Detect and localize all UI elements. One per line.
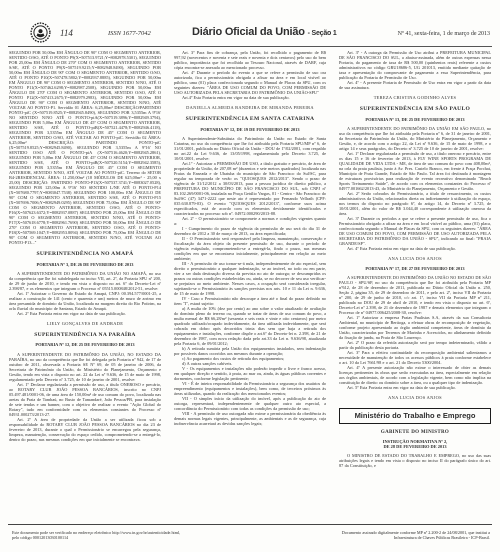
- paragraph: II - O Permissionário será responsável p…: [174, 236, 326, 261]
- paragraph: Art. 4º Durante o período do evento a qu…: [174, 70, 326, 95]
- paragraph: V - Os equipamentos e instalações não po…: [174, 366, 326, 381]
- paragraph: Art. 4º - A presente Portaria de Permiss…: [339, 80, 491, 90]
- paragraph: Art. 1º Autorizar a empresa Praias Pauli…: [339, 315, 491, 340]
- paragraph: VIII - A permissão de uso outorgada não …: [174, 411, 326, 426]
- portaria-title: PORTARIA Nº 13, DE 25 DE FEVEREIRO DE 20…: [343, 117, 487, 122]
- paragraph: Art.1º - Autorizar a PERMISSÃO DE USO, a…: [174, 161, 326, 216]
- section-heading: SUPERINTENDÊNCIA NO AMAPÁ: [9, 251, 161, 258]
- edition-date: Nº 41, sexta-feira, 1 de março de 2013: [398, 31, 490, 37]
- paragraph: IV - Caso o Permissionário não desocupe …: [174, 296, 326, 306]
- gazette-section-label: - Seção 1: [308, 30, 337, 37]
- paragraph: a) A multa de 10% (dez por cento) ao ano…: [174, 306, 326, 346]
- signature: LIELY GONÇALVES DE ANDRADE: [17, 321, 153, 326]
- office-heading: GABINETE DO MINISTRO: [339, 430, 491, 436]
- paragraph: Art. 2º - O permissionário se compromete…: [174, 216, 326, 226]
- paragraph: Art. 5º Esta Portaria entra em vigor na …: [339, 385, 491, 390]
- paragraph: Art. 3º Para a efetiva continuidade da r…: [339, 350, 491, 365]
- gazette-title: Diário Oficial da União - Seção 1: [192, 26, 337, 38]
- masthead: 114 ISSN 1677-7042 Diário Oficial da Uni…: [8, 22, 492, 44]
- header-rule: [8, 46, 492, 47]
- portaria-title: PORTARIA Nº 17, DE 27 DE FEVEREIRO DE 20…: [343, 266, 487, 271]
- signature: ANA LUCIA DOS ANJOS: [347, 256, 483, 261]
- verification-note: Este documento pode ser verificado no en…: [12, 530, 180, 540]
- article-columns: SEGUINDO POR 50,00m EM ÂNGULO DE 90º COM…: [9, 50, 491, 526]
- gazette-title-text: Diário Oficial da União: [192, 26, 305, 38]
- page-number: 114: [60, 28, 73, 38]
- signature: DANIELLA ALMEIDA BANDEIRA DE MIRANDA PER…: [182, 105, 318, 110]
- digital-signature-note: Documento assinado digitalmente conforme…: [342, 530, 490, 540]
- section-heading: SUPERINTENDÊNCIA EM SÃO PAULO: [339, 106, 491, 113]
- paragraph: A SUPERINTENDENTE DO PATRIMÔNIO DA UNIÃO…: [339, 126, 491, 151]
- signature: ANA LUCIA DOS ANJOS: [347, 395, 483, 400]
- paragraph: Art. 1º Declarar regularizada a permissã…: [339, 151, 491, 191]
- column-left: SEGUINDO POR 50,00m EM ÂNGULO DE 90º COM…: [9, 50, 161, 526]
- issn-label: ISSN 1677-7042: [108, 30, 151, 37]
- paragraph: Art. 1º Autorizar o Governo do Estado do…: [9, 291, 161, 311]
- ministry-banner: Ministério do Trabalho e Emprego: [339, 408, 491, 424]
- paragraph: Art. 3º Durante os períodos a que se ref…: [339, 216, 491, 246]
- paragraph: I - Cumprimento do prazo de vigência da …: [174, 226, 326, 236]
- verification-line-2: pelo código 00012013030100114: [12, 535, 180, 540]
- paragraph: A Superintendente-Substituta do Patrimôn…: [174, 136, 326, 161]
- signature-note-line-2: Infraestrutura de Chaves Públicas Brasil…: [342, 535, 490, 540]
- portaria-title: PORTARIA Nº 12, DE 25 DE FEVEREIRO DE 20…: [13, 342, 157, 347]
- coat-of-arms-logo: [30, 22, 51, 48]
- paragraph: Art. 1º Declarar regularizada a permissã…: [9, 382, 161, 417]
- gazette-page: 114 ISSN 1677-7042 Diário Oficial da Uni…: [0, 0, 500, 552]
- paragraph: Art. 3º - A outorga da Permissão de Uso …: [339, 50, 491, 80]
- paragraph: A SUPERINTENDENTE DO PATRIMÔNIO DA UNIÃO…: [339, 275, 491, 315]
- section-heading: SUPERINTENDÊNCIA EM SANTA CATARINA: [174, 116, 326, 123]
- portaria-title: PORTARIA Nº 12, DE 19 DE FEVEREIRO DE 20…: [178, 127, 322, 132]
- paragraph: Art. 4º Esta Portaria entra em vigor na …: [339, 246, 491, 251]
- signature: TEREZA CRISTINA GODINHO ALVES: [347, 95, 483, 100]
- paragraph: O MINISTRO DE ESTADO DO TRABALHO E EMPRE…: [339, 453, 491, 468]
- column-middle: Art. 3º Para fins de cobrança, pela Uniã…: [174, 50, 326, 526]
- section-heading: SUPERINTENDÊNCIA NA PARAÍBA: [9, 332, 161, 339]
- normativa-title: INSTRUÇÃO NORMATIVA Nº 2, DE 28 DE FEVER…: [343, 439, 487, 449]
- page-footer: Este documento pode ser verificado no en…: [8, 524, 492, 548]
- paragraph: b) A retirada sumária pela União dos equ…: [174, 346, 326, 356]
- paragraph: A SUPERINTENDENTE DO PATRIMÔNIO DA UNIÃO…: [9, 271, 161, 291]
- paragraph: Art. 2º A área de propriedade da União a…: [9, 417, 161, 442]
- paragraph: VI - É de inteira responsabilidade da Pe…: [174, 381, 326, 396]
- column-right: Art. 3º - A outorga da Permissão de Uso …: [339, 50, 491, 526]
- paragraph: Art.4º Esta Portaria entra em vigor na d…: [174, 95, 326, 100]
- paragraph: III - A permissão de uso tornar-se-á nul…: [174, 261, 326, 296]
- paragraph: VII - O simples início da utilização do …: [174, 396, 326, 411]
- paragraph: SEGUINDO POR 50,00m EM ÂNGULO DE 90º COM…: [9, 50, 161, 245]
- portaria-title: PORTARIA Nº 3, DE 26 DE FEVEREIRO DE 201…: [13, 262, 157, 267]
- paragraph: Art. 2º Esta Portaria entra em vigor na …: [9, 311, 161, 316]
- paragraph: Art. 3º Para fins de cobrança, pela Uniã…: [174, 50, 326, 70]
- paragraph: Art. 4º A presente autorização não exime…: [339, 365, 491, 385]
- paragraph: A SUPERINTENDENTE DO PATRIMÔNIO DA UNIÃO…: [9, 352, 161, 382]
- paragraph: Art. 2º Serão cobrados do Permissionário…: [339, 191, 491, 216]
- paragraph: Art. 2º O prazo da referida autorização …: [339, 340, 491, 350]
